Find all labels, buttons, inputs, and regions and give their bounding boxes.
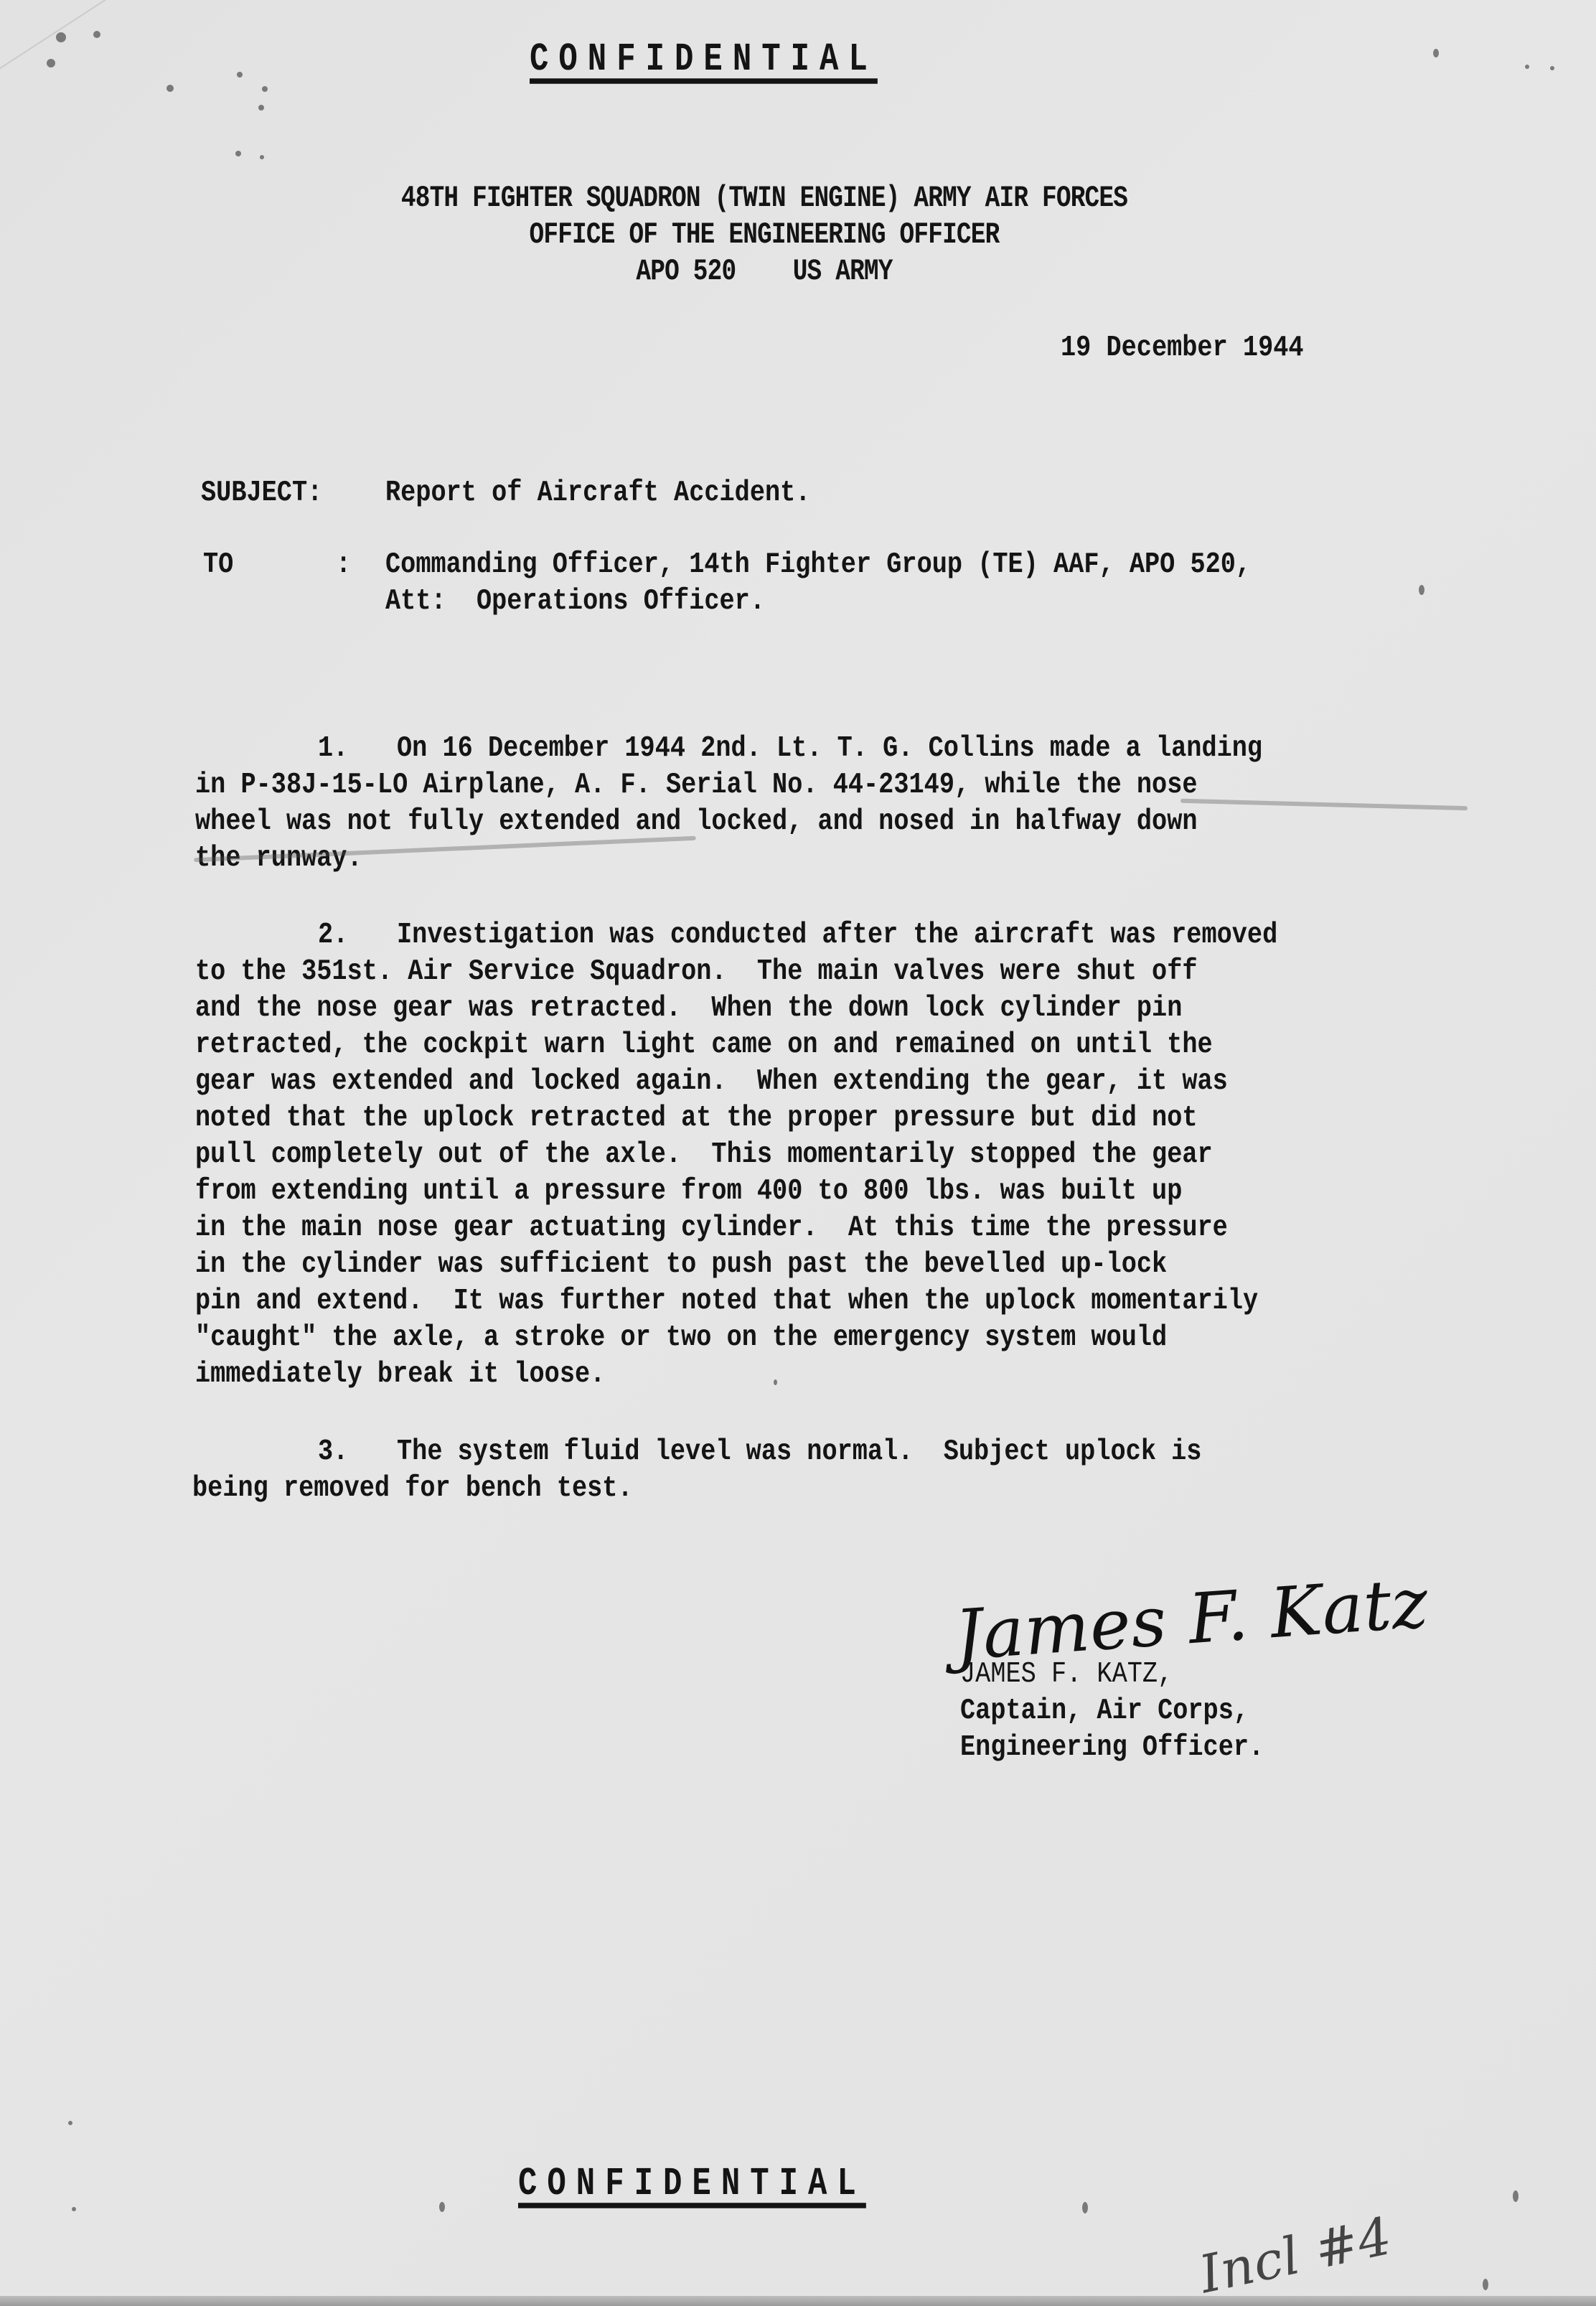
paragraph-line: to the 351st. Air Service Squadron. The … [195, 954, 1198, 990]
letterhead-apo: APO 520 US ARMY [314, 254, 1215, 289]
ink-smear [1180, 799, 1468, 810]
to-label: TO [203, 547, 233, 583]
to-recipient: Commanding Officer, 14th Fighter Group (… [385, 547, 1251, 583]
paragraph-line: "caught" the axle, a stroke or two on th… [195, 1320, 1167, 1356]
scan-speck [262, 86, 268, 92]
paragraph-number: 1. [318, 731, 348, 767]
paragraph-line: in the main nose gear actuating cylinder… [195, 1210, 1228, 1247]
scan-speck [1550, 66, 1554, 70]
handwritten-enclosure-note: Incl #4 [1194, 2206, 1396, 2305]
to-attention: Att: Operations Officer. [385, 583, 765, 620]
scan-speck [260, 155, 264, 159]
paragraph-line: On 16 December 1944 2nd. Lt. T. G. Colli… [397, 731, 1262, 767]
paragraph-line: gear was extended and locked again. When… [195, 1064, 1228, 1100]
paragraph-line: being removed for bench test. [192, 1471, 633, 1507]
scan-speck [774, 1379, 777, 1385]
paragraph-line: immediately break it loose. [195, 1356, 605, 1393]
scan-speck [72, 2207, 76, 2211]
classification-top: CONFIDENTIAL [530, 37, 878, 83]
letterhead-office: OFFICE OF THE ENGINEERING OFFICER [314, 217, 1215, 252]
scan-speck [1419, 585, 1424, 595]
scan-speck [258, 105, 264, 111]
scan-bottom-edge [0, 2296, 1596, 2306]
signatory-rank: Captain, Air Corps, [960, 1693, 1249, 1730]
to-colon: : [336, 547, 351, 583]
paragraph-line: wheel was not fully extended and locked,… [195, 804, 1198, 840]
paragraph-line: pin and extend. It was further noted tha… [195, 1283, 1258, 1320]
document-page: CONFIDENTIAL 48TH FIGHTER SQUADRON (TWIN… [0, 0, 1596, 2306]
paragraph-line: Investigation was conducted after the ai… [397, 917, 1277, 954]
scan-speck [166, 85, 174, 92]
scan-speck [235, 151, 241, 156]
subject-value: Report of Aircraft Accident. [385, 475, 810, 512]
paragraph-line: in P-38J-15-LO Airplane, A. F. Serial No… [195, 767, 1198, 804]
scan-speck [439, 2202, 445, 2212]
paragraph-line: pull completely out of the axle. This mo… [195, 1137, 1213, 1173]
subject-label: SUBJECT: [201, 475, 322, 512]
scan-speck [1433, 49, 1439, 57]
scan-speck [93, 31, 100, 38]
letterhead-unit: 48TH FIGHTER SQUADRON (TWIN ENGINE) ARMY… [314, 181, 1215, 215]
paragraph-number: 2. [318, 917, 348, 954]
signatory-name: JAMES F. KATZ, [960, 1656, 1173, 1693]
scan-speck [1525, 65, 1529, 69]
scan-speck [1483, 2279, 1488, 2290]
scan-speck [56, 32, 66, 42]
paragraph-line: and the nose gear was retracted. When th… [195, 990, 1182, 1027]
scan-speck [1082, 2202, 1088, 2213]
scan-speck [68, 2121, 72, 2125]
classification-bottom: CONFIDENTIAL [518, 2162, 866, 2207]
paragraph-line: in the cylinder was sufficient to push p… [195, 1247, 1167, 1283]
paragraph-line: noted that the uplock retracted at the p… [195, 1100, 1198, 1137]
scan-speck [237, 72, 243, 78]
paragraph-number: 3. [318, 1434, 348, 1471]
paragraph-line: retracted, the cockpit warn light came o… [195, 1027, 1213, 1064]
scan-speck [1513, 2190, 1518, 2202]
paragraph-line: from extending until a pressure from 400… [195, 1173, 1182, 1210]
paragraph-line: The system fluid level was normal. Subje… [397, 1434, 1201, 1471]
scan-speck [47, 59, 55, 67]
signatory-title: Engineering Officer. [960, 1730, 1264, 1766]
letter-date: 19 December 1944 [1061, 330, 1304, 367]
